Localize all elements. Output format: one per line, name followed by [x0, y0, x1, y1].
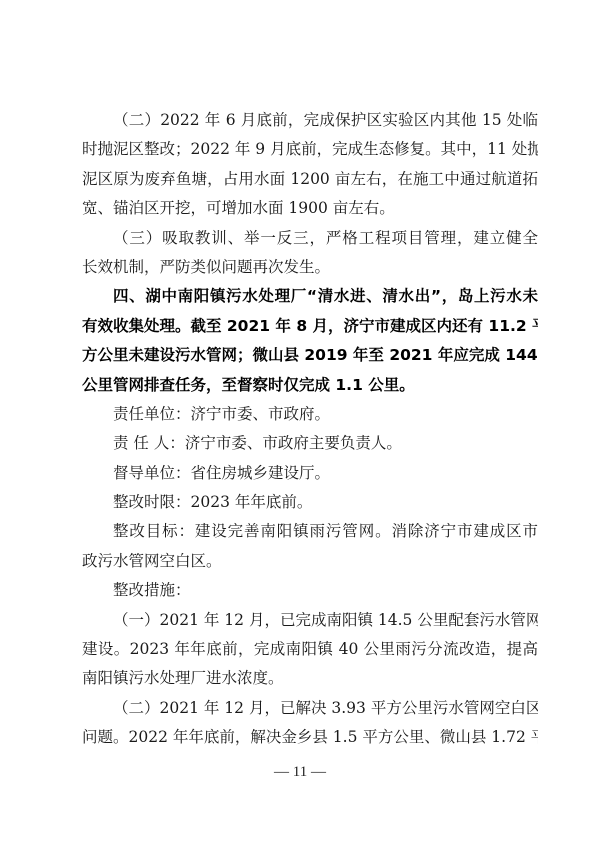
section-heading-line: 方公里未建设污水管网；微山县 2019 年至 2021 年应完成 144.6	[82, 341, 538, 370]
paragraph-line: 建设。2023 年年底前，完成南阳镇 40 公里雨污分流改造，提高	[82, 635, 538, 664]
rectification-goal: 政污水管网空白区。	[82, 547, 538, 576]
paragraph-line: 长效机制，严防类似问题再次发生。	[82, 253, 538, 282]
measures-label: 整改措施：	[82, 576, 538, 605]
paragraph-line: （一）2021 年 12 月，已完成南阳镇 14.5 公里配套污水管网	[82, 606, 538, 635]
paragraph-line: （二）2021 年 12 月，已解决 3.93 平方公里污水管网空白区	[82, 694, 538, 723]
supervising-unit: 督导单位：省住房城乡建设厅。	[82, 459, 538, 488]
rectification-goal: 整改目标：建设完善南阳镇雨污管网。消除济宁市建成区市	[82, 517, 538, 546]
paragraph-line: （三）吸取教训、举一反三，严格工程项目管理，建立健全	[82, 224, 538, 253]
section-heading-line: 四、湖中南阳镇污水处理厂“清水进、清水出”，岛上污水未	[82, 282, 538, 311]
paragraph-line: 问题。2022 年年底前，解决金乡县 1.5 平方公里、微山县 1.72 平	[82, 723, 538, 752]
paragraph-line: 泥区原为废弃鱼塘，占用水面 1200 亩左右，在施工中通过航道拓	[82, 165, 538, 194]
responsible-unit: 责任单位：济宁市委、市政府。	[82, 400, 538, 429]
paragraph-line: 南阳镇污水处理厂进水浓度。	[82, 664, 538, 693]
section-heading-line: 公里管网排查任务，至督察时仅完成 1.1 公里。	[82, 371, 538, 400]
section-heading-line: 有效收集处理。截至 2021 年 8 月，济宁市建成区内还有 11.2 平	[82, 312, 538, 341]
page-number: — 11 —	[0, 764, 600, 781]
paragraph-line: 时抛泥区整改；2022 年 9 月底前，完成生态修复。其中，11 处抛	[82, 135, 538, 164]
paragraph-line: 宽、锚泊区开挖，可增加水面 1900 亩左右。	[82, 194, 538, 223]
paragraph-line: （二）2022 年 6 月底前，完成保护区实验区内其他 15 处临	[82, 106, 538, 135]
responsible-person: 责 任 人：济宁市委、市政府主要负责人。	[82, 429, 538, 458]
document-page: （二）2022 年 6 月底前，完成保护区实验区内其他 15 处临 时抛泥区整改…	[82, 106, 538, 753]
deadline: 整改时限：2023 年年底前。	[82, 488, 538, 517]
